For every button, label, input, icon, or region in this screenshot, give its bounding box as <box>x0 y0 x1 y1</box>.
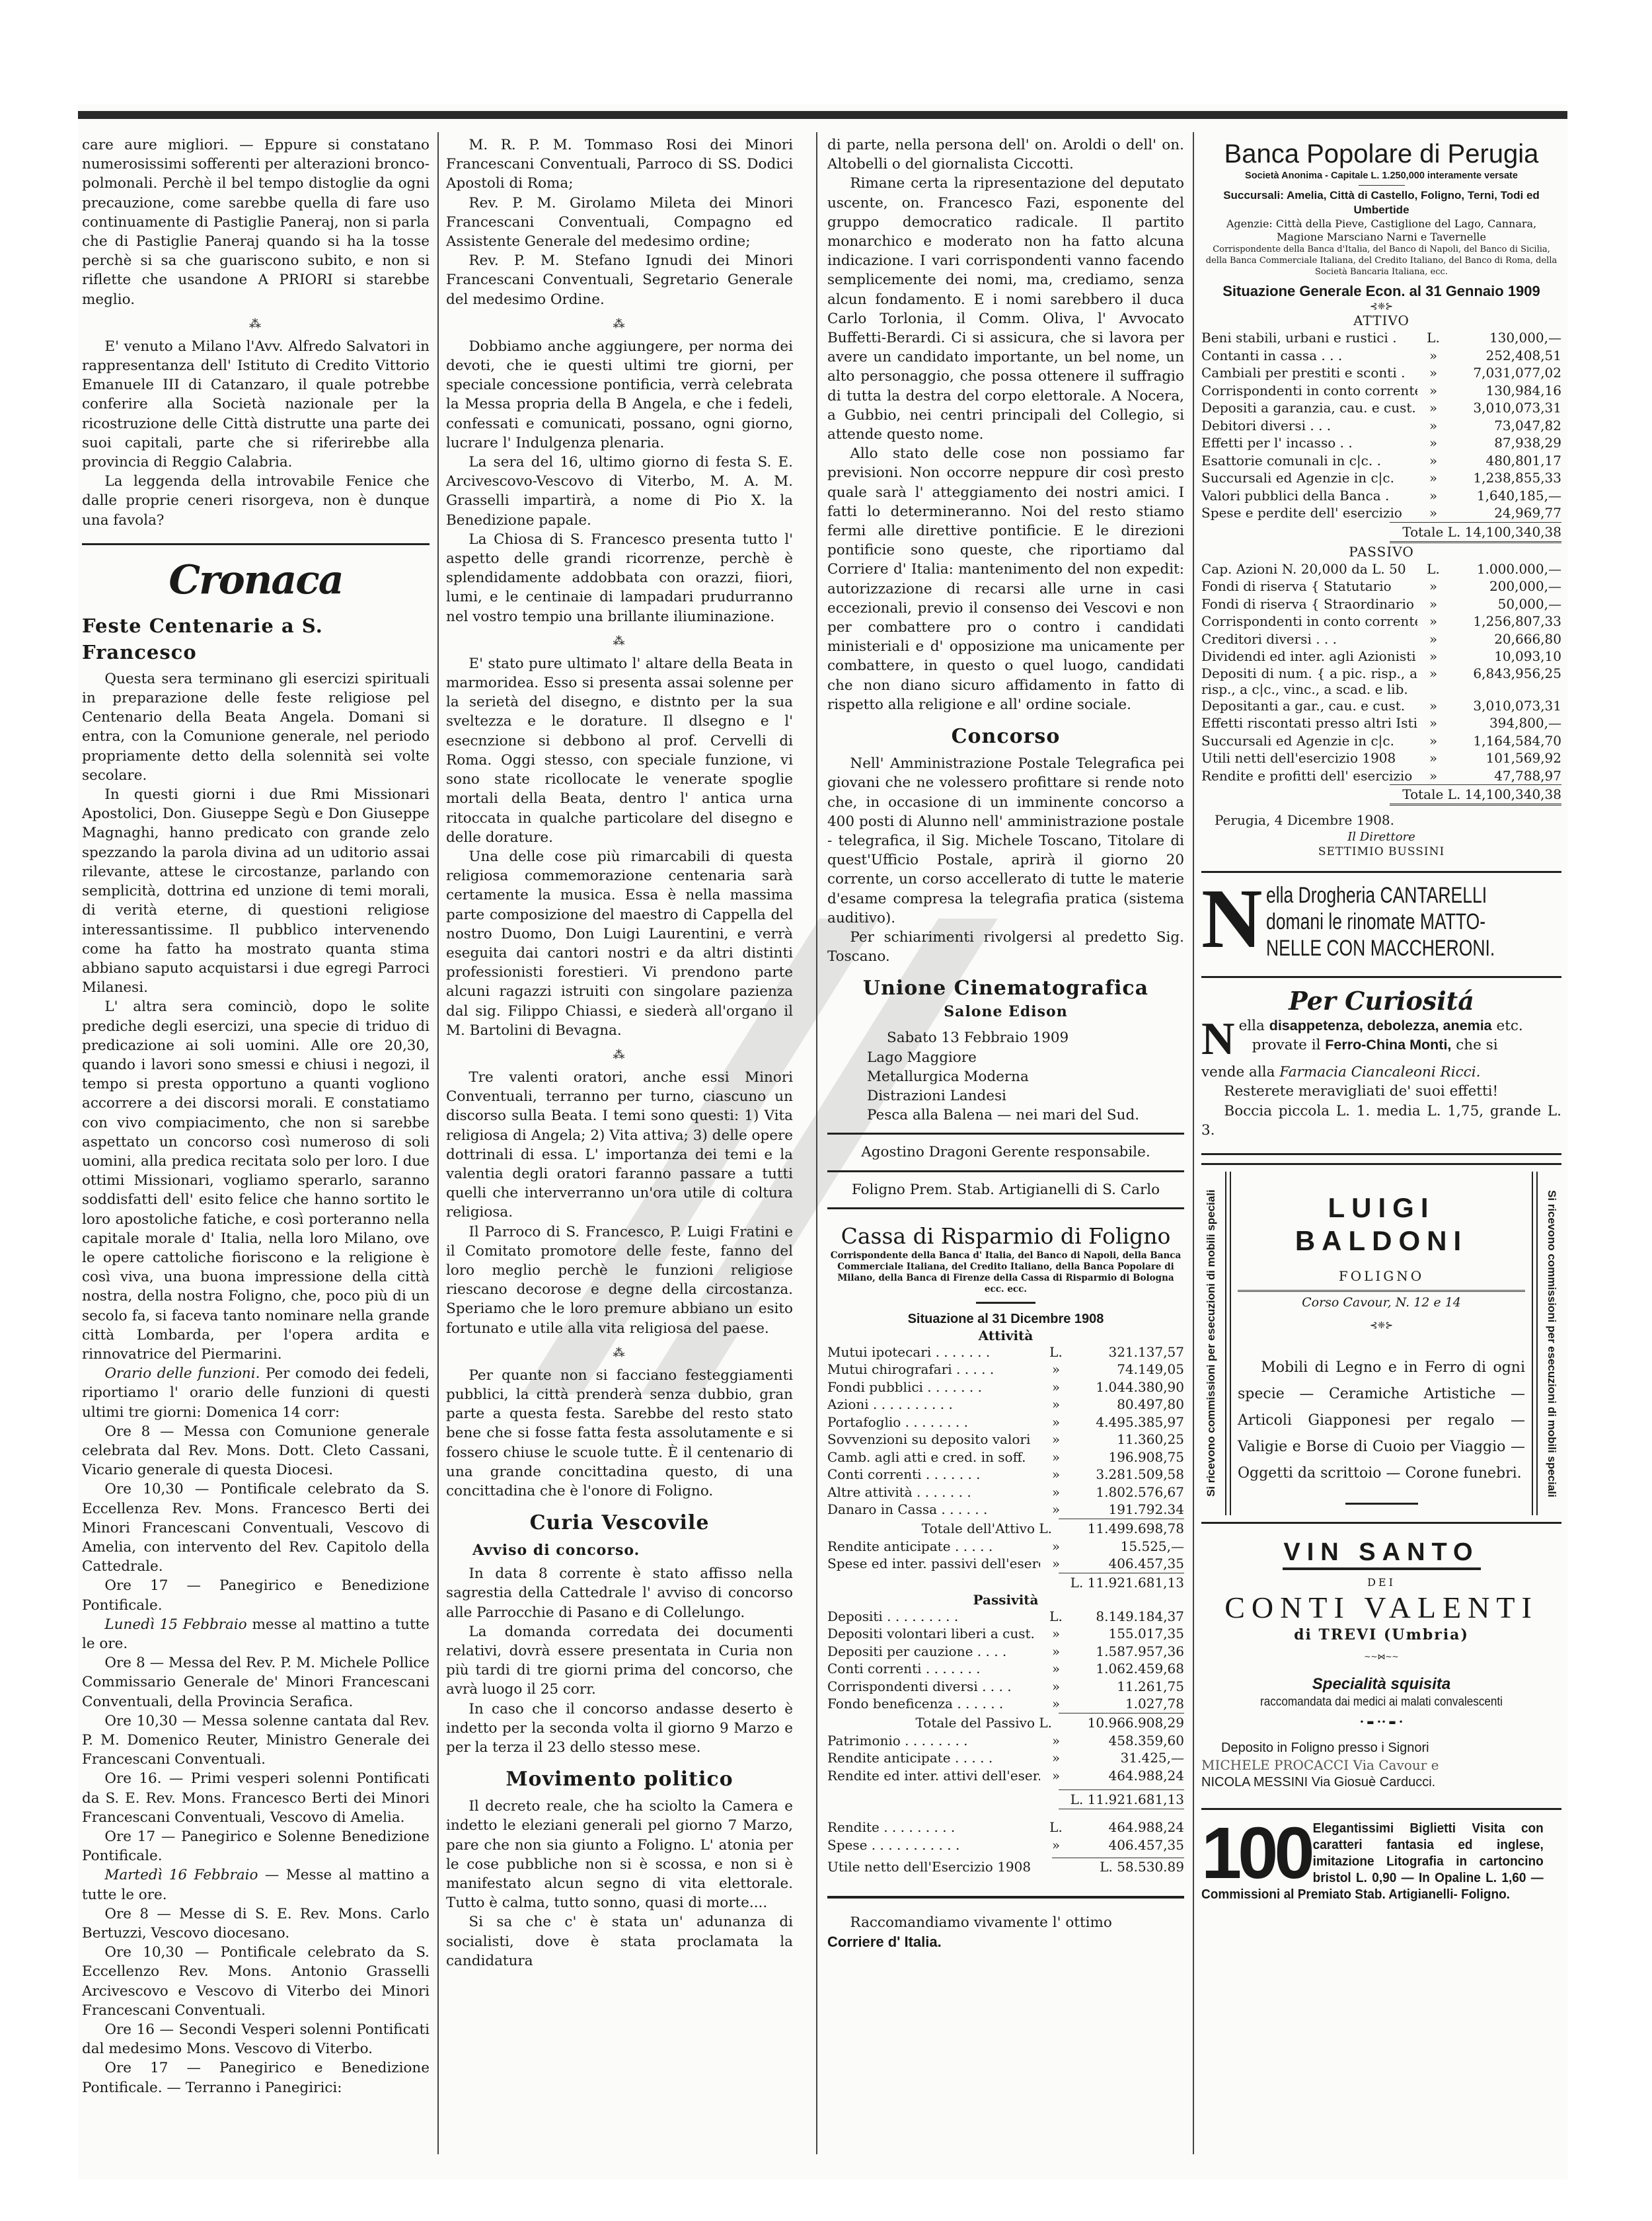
article-paragraph: Per quante non si facciano festeggiament… <box>446 1366 793 1501</box>
financial-total: Totale L. 14,100,340,38 <box>1201 784 1561 806</box>
vinsanto-trevi: di TREVI (Umbria) <box>1201 1626 1561 1645</box>
financial-row: Corrispondenti in conto corrente»1,256,8… <box>1201 613 1561 630</box>
financial-row: Fondi di riserva { Statutario»200,000,— <box>1201 578 1561 595</box>
financial-total: Totale dell'Attivo L.11.499.698,78 <box>827 1519 1184 1538</box>
schedule-item: Ore 16. — Primi vesperi solenni Pontific… <box>82 1769 430 1827</box>
financial-row: Rendite e profitti dell' esercizio»47,78… <box>1201 767 1561 785</box>
financial-row: Esattorie comunali in c|c. .»480,801,17 <box>1201 452 1561 470</box>
top-rule <box>78 111 1567 119</box>
column-4: Banca Popolare di Perugia Società Anonim… <box>1201 135 1561 1903</box>
baldoni-name: LUIGI BALDONI <box>1238 1191 1525 1258</box>
tipografia: Foligno Prem. Stab. Artigianelli di S. C… <box>827 1180 1184 1199</box>
banca-popolare-ad: Banca Popolare di Perugia Società Anonim… <box>1201 138 1561 859</box>
direttore-label: Il Direttore <box>1201 830 1561 845</box>
schedule-item: Ore 17 — Panegirico e Benedizione Pontif… <box>82 1576 430 1614</box>
direttore-name: SETTIMIO BUSSINI <box>1201 845 1561 859</box>
financial-row: Spese ed inter. passivi dell'eserc.»406.… <box>827 1555 1184 1573</box>
financial-total: Totale del Passivo L.10.966.908,29 <box>827 1713 1184 1732</box>
schedule-item: Ore 10,30 — Messa solenne cantata dal Re… <box>82 1712 430 1770</box>
article-paragraph: di parte, nella persona dell' on. Aroldi… <box>827 135 1184 174</box>
vinsanto-deposito: Deposito in Foligno presso i Signori <box>1201 1739 1561 1756</box>
biglietti-text: Elegantissimi Biglietti Visita con carat… <box>1201 1821 1544 1903</box>
schedule-day: Martedì 16 Febbraio — Messe al mattino a… <box>82 1865 430 1904</box>
article-paragraph: Il Parroco di S. Francesco, P. Luigi Fra… <box>446 1223 793 1338</box>
divider <box>827 1896 1184 1899</box>
double-rule <box>1225 1172 1231 1515</box>
section-separator: ⁂ <box>446 633 793 650</box>
financial-row: Cambiali per prestiti e sconti .»7,031,0… <box>1201 364 1561 382</box>
cassa-risparmio-ad: Cassa di Risparmio di Foligno Corrispond… <box>827 1223 1184 1876</box>
banca-capitale: Società Anonima - Capitale L. 1.250,000 … <box>1201 170 1561 182</box>
divider <box>827 1170 1184 1172</box>
financial-row: Rendite anticipate . . . . .»15.525,— <box>827 1538 1184 1556</box>
financial-row: Depositi . . . . . . . . .L.8.149.184,37 <box>827 1608 1184 1626</box>
attivita-heading: Attività <box>827 1328 1184 1343</box>
article-title: Feste Centenarie a S. Francesco <box>82 613 430 665</box>
financial-row: Portafoglio . . . . . . . .»4.495.385,97 <box>827 1413 1184 1431</box>
luogo-data: Perugia, 4 Dicembre 1908. <box>1201 811 1561 830</box>
financial-row: Effetti per l' incasso . .»87,938,29 <box>1201 434 1561 452</box>
article-paragraph: E' venuto a Milano l'Avv. Alfredo Salvat… <box>82 337 430 472</box>
divider <box>827 1207 1184 1209</box>
spacer <box>827 1809 1184 1819</box>
baldoni-content: LUIGI BALDONI FOLIGNO Corso Cavour, N. 1… <box>1238 1191 1525 1505</box>
side-text: Si ricevono commissioni per esecuzioni d… <box>1542 1172 1561 1515</box>
financial-row: Rendite ed inter. attivi dell'eser.»464.… <box>827 1767 1184 1785</box>
banca-title: Banca Popolare di Perugia <box>1201 138 1561 170</box>
raccomandazione: Raccomandiamo vivamente l' ottimo <box>827 1913 1184 1932</box>
cassa-situazione: Situazione al 31 Dicembre 1908 <box>827 1310 1184 1328</box>
financial-row: Fondi pubblici . . . . . . .»1.044.380,9… <box>827 1378 1184 1396</box>
short-rule <box>1359 185 1405 186</box>
financial-row: Danaro in Cassa . . . . . .»191.792.34 <box>827 1501 1184 1519</box>
schedule-item: Ore 10,30 — Pontificale celebrato da S. … <box>82 1480 430 1576</box>
financial-row: Camb. agli atti e cred. in soff.»196.908… <box>827 1449 1184 1466</box>
vinsanto-messini: NICOLA MESSINI Via Giosuè Carducci. <box>1201 1774 1561 1791</box>
section-title-curia: Curia Vescovile <box>446 1510 793 1536</box>
financial-row: Depositanti a gar., cau. e cust.»3,010,0… <box>1201 697 1561 715</box>
schedule-item: Ore 16 — Secondi Vesperi solenni Pontifi… <box>82 2020 430 2058</box>
double-rule <box>1532 1172 1538 1515</box>
article-paragraph: Dobbiamo anche aggiungere, per norma dei… <box>446 337 793 453</box>
cinema-program: Sabato 13 Febbraio 1909 Lago Maggiore Me… <box>827 1028 1184 1125</box>
financial-total: L. 11.921.681,13 <box>827 1789 1184 1809</box>
panegirista: M. R. P. M. Tommaso Rosi dei Minori Fran… <box>446 135 793 194</box>
banca-agenzie: Agenzie: Città della Pieve, Castiglione … <box>1201 217 1561 244</box>
financial-row: Creditori diversi . . .»20,666,80 <box>1201 630 1561 648</box>
utile-row: Utile netto dell'Esercizio 1908L. 58.530… <box>827 1858 1184 1876</box>
panegirista: Rev. P. M. Stefano Ignudi dei Minori Fra… <box>446 251 793 309</box>
financial-total: Totale L. 14,100,340,38 <box>1201 522 1561 543</box>
article-paragraph: Allo stato delle cose non possiamo far p… <box>827 444 1184 714</box>
article-paragraph: E' stato pure ultimato l' altare della B… <box>446 654 793 847</box>
corriere-ditalia: Corriere d' Italia. <box>827 1932 1184 1951</box>
article-paragraph: In questi giorni i due Rmi Missionari Ap… <box>82 785 430 997</box>
financial-row: Fondi di riserva { Straordinario»50,000,… <box>1201 595 1561 613</box>
article-paragraph: L' altra sera cominciò, dopo le solite p… <box>82 997 430 1364</box>
financial-row: Depositi a garanzia, cau. e cust.»3,010,… <box>1201 399 1561 417</box>
financial-row: Succursali ed Agenzie in c|c.»1,164,584,… <box>1201 732 1561 750</box>
cassa-title: Cassa di Risparmio di Foligno <box>827 1223 1184 1250</box>
article-paragraph: Il decreto reale, che ha sciolto la Came… <box>446 1797 793 1912</box>
dropcap: N <box>1201 882 1262 961</box>
section-title-movimento: Movimento politico <box>446 1766 793 1793</box>
vinsanto-conti: CONTI VALENTI <box>1201 1590 1561 1626</box>
ornament-icon: ⊰❈⊱ <box>1201 301 1561 312</box>
article-paragraph: Per schiarimenti rivolgersi al predetto … <box>827 928 1184 966</box>
vinsanto-procacci: MICHELE PROCACCI Via Cavour e <box>1201 1756 1561 1774</box>
cantarelli-text: ella Drogheria CANTARELLI domani le rino… <box>1266 882 1559 961</box>
film-item: Lago Maggiore <box>867 1048 1184 1067</box>
banca-situazione: Situazione Generale Econ. al 31 Gennaio … <box>1201 282 1561 301</box>
baldoni-city: FOLIGNO <box>1238 1267 1525 1286</box>
vinsanto-title: VIN SANTO <box>1283 1537 1481 1570</box>
column-3: di parte, nella persona dell' on. Aroldi… <box>827 135 1184 1951</box>
short-rule <box>976 1302 1035 1304</box>
curiosita-body: N ella disappetenza, debolezza, anemia e… <box>1201 1016 1561 1063</box>
baldoni-body: Mobili di Legno e in Ferro di ogni speci… <box>1238 1355 1525 1487</box>
article-paragraph: Una delle cose più rimarcabili di questa… <box>446 847 793 1040</box>
banca-succursali: Succursali: Amelia, Città di Castello, F… <box>1201 188 1561 217</box>
film-item: Distrazioni Landesi <box>867 1086 1184 1106</box>
financial-row: Succursali ed Agenzie in c|c.»1,238,855,… <box>1201 469 1561 487</box>
schedule-item: Ore 8 — Messa con Comunione generale cel… <box>82 1422 430 1480</box>
banca-corrispondente: Corrispondente della Banca d'Italia, del… <box>1201 244 1561 278</box>
section-subtitle: Avviso di concorso. <box>472 1540 793 1560</box>
column-divider <box>816 132 817 2154</box>
divider <box>1201 976 1561 978</box>
article-paragraph: In caso che il concorso andasse deserto … <box>446 1700 793 1758</box>
cinema-date: Sabato 13 Febbraio 1909 <box>867 1028 1184 1047</box>
section-separator: ⁂ <box>446 316 793 333</box>
curiosita-line: Resterete meravigliati de' suoi effetti! <box>1201 1082 1561 1101</box>
baldoni-address: Corso Cavour, N. 12 e 14 <box>1238 1290 1525 1312</box>
article-paragraph: La leggenda della introvabile Fenice che… <box>82 472 430 530</box>
article-paragraph: La sera del 16, ultimo giorno di festa S… <box>446 453 793 530</box>
schedule-item: Ore 17 — Panegirico e Solenne Benedizion… <box>82 1827 430 1865</box>
financial-row: Altre attività . . . . . . .»1.802.576,6… <box>827 1484 1184 1501</box>
section-title-concorso: Concorso <box>827 724 1184 750</box>
vinsanto-ad: VIN SANTO DEI CONTI VALENTI di TREVI (Um… <box>1201 1537 1561 1791</box>
financial-row: Cap. Azioni N. 20,000 da L. 50L.1.000.00… <box>1201 560 1561 578</box>
financial-row: Spese . . . . . . . . . . .»406.457,35 <box>827 1836 1184 1854</box>
gerente-responsabile: Agostino Dragoni Gerente responsabile. <box>827 1143 1184 1162</box>
column-divider <box>1193 132 1194 2154</box>
film-item: Metallurgica Moderna <box>867 1067 1184 1086</box>
section-separator: ⁂ <box>446 1047 793 1064</box>
article-paragraph: In data 8 corrente è stato affisso nella… <box>446 1564 793 1622</box>
cinema-subtitle: Salone Edison <box>827 1002 1184 1022</box>
biglietti-ad: 100 Elegantissimi Biglietti Visita con c… <box>1201 1821 1561 1903</box>
section-separator: ⁂ <box>446 1345 793 1362</box>
article-paragraph: Rimane certa la ripresentazione del depu… <box>827 174 1184 444</box>
financial-row: Mutui ipotecari . . . . . . .L.321.137,5… <box>827 1343 1184 1361</box>
financial-row: Mutui chirografari . . . . .»74.149,05 <box>827 1361 1184 1378</box>
column-divider <box>437 132 439 2154</box>
vinsanto-specialita: Specialità squisita <box>1201 1675 1561 1694</box>
curiosita-ad: Per Curiositá N ella disappetenza, debol… <box>1201 986 1561 1140</box>
financial-row: Azioni . . . . . . . . . .»80.497,80 <box>827 1396 1184 1413</box>
passivita-heading: Passività <box>827 1592 1184 1608</box>
financial-row: Dividendi ed inter. agli Azionisti»10,09… <box>1201 648 1561 665</box>
financial-row: Corrispondenti in conto corrente»130,984… <box>1201 382 1561 400</box>
financial-row: Rendite anticipate . . . . .»31.425,— <box>827 1749 1184 1767</box>
divider <box>1201 1808 1561 1810</box>
financial-total: L. 11.921.681,13 <box>827 1573 1184 1592</box>
column-2: M. R. P. M. Tommaso Rosi dei Minori Fran… <box>446 135 793 1971</box>
financial-row: Contanti in cassa . . .»252,408,51 <box>1201 347 1561 365</box>
financial-row: Fondo beneficenza . . . . . .»1.027,78 <box>827 1695 1184 1713</box>
divider <box>827 1133 1184 1135</box>
financial-row: Conti correnti . . . . . . .»3.281.509,5… <box>827 1466 1184 1484</box>
article-paragraph: Questa sera terminano gli esercizi spiri… <box>82 669 430 785</box>
article-paragraph: Tre valenti oratori, anche essi Minori C… <box>446 1068 793 1223</box>
schedule-item: Ore 8 — Messa del Rev. P. M. Michele Pol… <box>82 1653 430 1712</box>
article-paragraph: Si sa che c' è stata un' adunanza di soc… <box>446 1912 793 1971</box>
ornament-icon: • ▬ •• ▬ • <box>1201 1713 1561 1732</box>
cassa-subtitle: Corrispondente della Banca d' Italia, de… <box>827 1250 1184 1295</box>
schedule-day: Lunedì 15 Febbraio messe al mattino a tu… <box>82 1615 430 1653</box>
curiosita-title: Per Curiositá <box>1201 986 1561 1016</box>
financial-row: Effetti riscontati presso altri Istituti… <box>1201 714 1561 732</box>
financial-row: Debitori diversi . . .»73,047,82 <box>1201 417 1561 435</box>
column-1: care aure migliori. — Eppure si constata… <box>82 135 430 2097</box>
short-rule <box>1345 1503 1418 1505</box>
divider <box>1201 1153 1561 1155</box>
schedule-item: Ore 8 — Messe di S. E. Rev. Mons. Carlo … <box>82 1904 430 1943</box>
article-paragraph: care aure migliori. — Eppure si constata… <box>82 135 430 309</box>
ornament-icon: ~~⋈~~ <box>1201 1647 1561 1667</box>
section-separator: ⁂ <box>82 316 430 333</box>
baldoni-ad: Si ricevono commissioni per esecuzioni d… <box>1201 1163 1561 1524</box>
financial-row: Sovvenzioni su deposito valori»11.360,25 <box>827 1431 1184 1449</box>
cinema-title: Unione Cinematografica <box>827 975 1184 1002</box>
schedule-item: Ore 17 — Panegirico e Benedizione Pontif… <box>82 2058 430 2097</box>
financial-row: Depositi per cauzione . . . .»1.587.957,… <box>827 1643 1184 1661</box>
divider <box>82 543 430 545</box>
article-paragraph: Nell' Amministrazione Postale Telegrafic… <box>827 754 1184 928</box>
financial-row: Corrispondenti diversi . . . .»11.261,75 <box>827 1678 1184 1696</box>
financial-row: Rendite . . . . . . . . .L.464.988,24 <box>827 1819 1184 1836</box>
article-paragraph: La domanda corredata dei documenti relat… <box>446 1622 793 1700</box>
financial-row: Depositi di num. { a pic. risp., a risp.… <box>1201 665 1561 697</box>
panegirista: Rev. P. M. Girolamo Mileta dei Minori Fr… <box>446 194 793 252</box>
cantarelli-ad: N ella Drogheria CANTARELLI domani le ri… <box>1201 882 1561 961</box>
schedule-item: Ore 10,30 — Pontificale celebrato da S. … <box>82 1943 430 2020</box>
financial-row: Conti correnti . . . . . . .»1.062.459,6… <box>827 1660 1184 1678</box>
vinsanto-dei: DEI <box>1201 1575 1561 1590</box>
financial-row: Depositi volontari liberi a cust.»155.01… <box>827 1625 1184 1643</box>
financial-row: Beni stabili, urbani e rustici .L.130,00… <box>1201 329 1561 347</box>
film-item: Pesca alla Balena — nei mari del Sud. <box>867 1106 1184 1125</box>
article-paragraph: La Chiosa di S. Francesco presenta tutto… <box>446 530 793 626</box>
financial-row: Utili netti dell'esercizio 1908»101,569,… <box>1201 749 1561 767</box>
financial-row: Spese e perdite dell' esercizio»24,969,7… <box>1201 504 1561 522</box>
side-text: Si ricevono commissioni per esecuzioni d… <box>1201 1172 1221 1515</box>
financial-row: Patrimonio . . . . . . . .»458.359,60 <box>827 1732 1184 1750</box>
curiosita-prices: Boccia piccola L. 1. media L. 1,75, gran… <box>1201 1102 1561 1140</box>
passivo-heading: PASSIVO <box>1201 543 1561 560</box>
article-paragraph: Orario delle funzioni. Per comodo dei fe… <box>82 1364 430 1422</box>
financial-row: Valori pubblici della Banca .»1,640,185,… <box>1201 487 1561 505</box>
cronaca-ornament-heading: Cronaca <box>82 557 430 603</box>
attivo-heading: ATTIVO <box>1201 312 1561 329</box>
vinsanto-raccomandata: raccomandata dai medici ai malati conval… <box>1219 1694 1544 1710</box>
ornament-icon: ⊰❈⊱ <box>1238 1316 1525 1336</box>
